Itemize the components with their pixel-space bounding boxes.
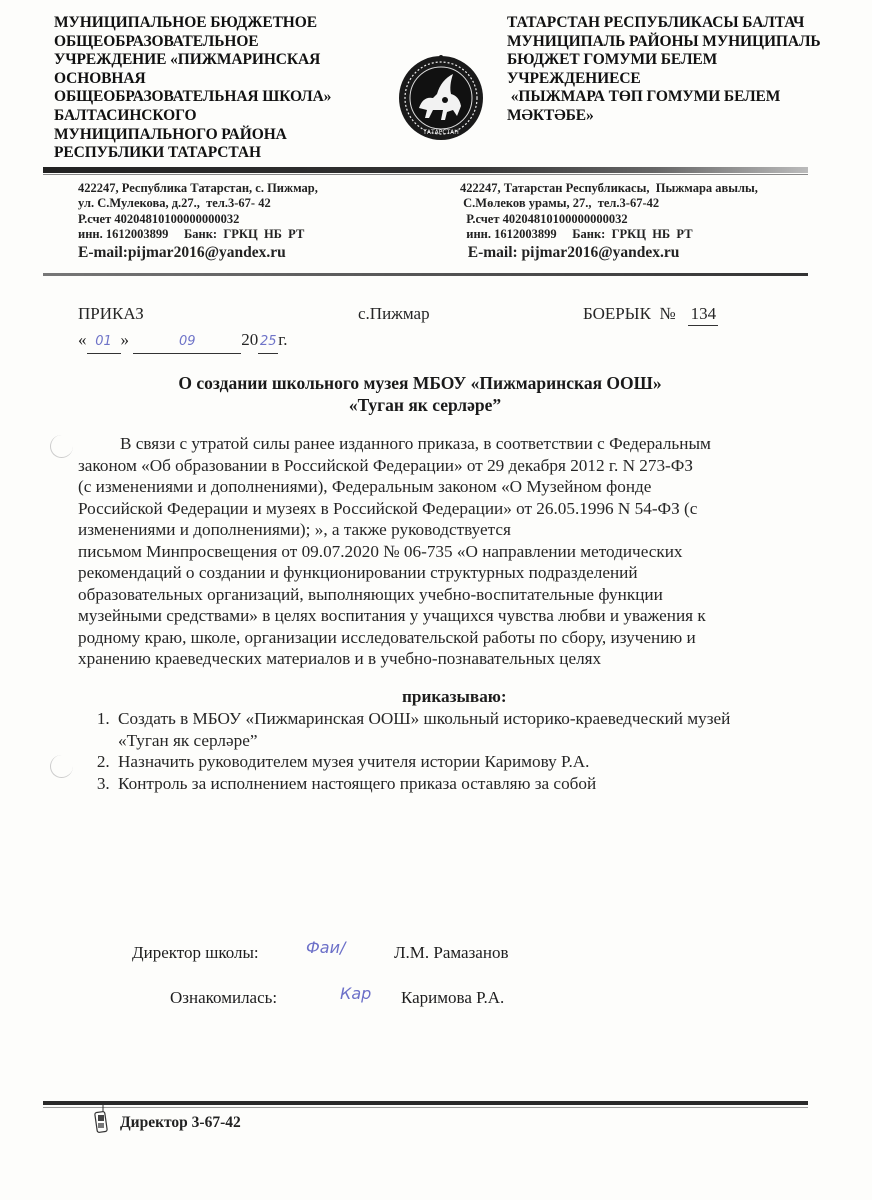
decree-item: Контроль за исполнением настоящего прика… — [114, 773, 774, 795]
preamble: В связи с утратой силы ранее изданного п… — [78, 433, 823, 670]
title-line-2: «Туган як серләре” — [60, 394, 780, 416]
preamble-line: образовательных организаций, выполняющих… — [78, 584, 823, 606]
header-line: «ПЫЖМАРА ТӨП ГОМУМИ БЕЛЕМ — [507, 88, 867, 107]
header-line: РЕСПУБЛИКИ ТАТАРСТАН — [54, 144, 374, 163]
decree-items: Создать в МБОУ «Пижмаринская ООШ» школьн… — [78, 708, 774, 794]
header-line: УЧРЕЖДЕНИЕСЕ — [507, 70, 867, 89]
tatarstan-emblem-icon: ТАТАРСТАН — [397, 50, 485, 144]
signature-role-director: Директор школы: — [132, 943, 259, 963]
address-line: Р.счет 40204810100000000032 — [460, 212, 840, 227]
phone-icon — [94, 1104, 108, 1134]
quote-close: » — [121, 330, 130, 349]
order-type-ru: ПРИКАЗ — [78, 303, 144, 325]
number-sign: № — [659, 304, 675, 323]
year-unit: г. — [278, 330, 287, 349]
footer-phone: Директор 3-67-42 — [120, 1114, 241, 1132]
signature-acknowledged: Кар — [340, 984, 371, 1003]
address-line: С.Мөлеков урамы, 27., тел.3-67-42 — [460, 196, 840, 211]
svg-text:ТАТАРСТАН: ТАТАРСТАН — [422, 129, 459, 136]
order-number-block: БОЕРЫК № 134 — [583, 303, 718, 326]
preamble-line: Российской Федерации и музеях в Российск… — [78, 498, 823, 520]
footer-divider — [43, 1101, 808, 1105]
order-date: «01» 092025г. — [78, 329, 288, 354]
address-block-tt: 422247, Татарстан Республикасы, Пыжмара … — [460, 181, 840, 263]
signature-director: Фаи/ — [306, 938, 345, 957]
header-line: МУНИЦИПАЛЬНОЕ БЮДЖЕТНОЕ — [54, 14, 374, 33]
year-prefix: 20 — [241, 330, 258, 349]
header-line: МӘКТӘБЕ» — [507, 107, 867, 126]
address-line: 422247, Республика Татарстан, с. Пижмар, — [78, 181, 438, 196]
header-line: МУНИЦИПАЛЬНОГО РАЙОНА — [54, 126, 374, 145]
title-line-1: О создании школьного музея МБОУ «Пижмари… — [60, 372, 780, 394]
header-org-name-ru: МУНИЦИПАЛЬНОЕ БЮДЖЕТНОЕ ОБЩЕОБРАЗОВАТЕЛЬ… — [54, 14, 374, 163]
date-month: 09 — [133, 331, 241, 354]
address-line: инн. 1612003899 Банк: ГРКЦ НБ РТ — [78, 227, 438, 242]
email-link[interactable]: E-mail:pijmar2016@yandex.ru — [78, 243, 438, 263]
document-title: О создании школьного музея МБОУ «Пижмари… — [60, 372, 780, 416]
signature-name-acknowledged: Каримова Р.А. — [401, 988, 504, 1008]
header-line: БЮДЖЕТ ГОМУМИ БЕЛЕМ — [507, 51, 867, 70]
header-divider-thin — [43, 174, 808, 175]
order-place: с.Пижмар — [358, 303, 430, 325]
preamble-line: (с изменениями и дополнениями), Федераль… — [78, 476, 823, 498]
punch-hole-mark — [50, 755, 73, 778]
preamble-line: музейными средствами» в целях воспитания… — [78, 605, 823, 627]
header-org-name-tt: ТАТАРСТАН РЕСПУБЛИКАСЫ БАЛТАЧ МУНИЦИПАЛЬ… — [507, 14, 867, 126]
quote-open: « — [78, 330, 87, 349]
preamble-line: изменениями и дополнениями); », а также … — [78, 519, 823, 541]
header-line: УЧРЕЖДЕНИЕ «ПИЖМАРИНСКАЯ — [54, 51, 374, 70]
address-divider — [43, 273, 808, 276]
preamble-line: В связи с утратой силы ранее изданного п… — [78, 433, 823, 455]
header-line: ОБЩЕОБРАЗОВАТЕЛЬНОЕ — [54, 33, 374, 52]
signature-name-director: Л.М. Рамазанов — [394, 943, 508, 963]
header-line: МУНИЦИПАЛЬ РАЙОНЫ МУНИЦИПАЛЬ — [507, 33, 867, 52]
header-line: ТАТАРСТАН РЕСПУБЛИКАСЫ БАЛТАЧ — [507, 14, 867, 33]
preamble-line: родному краю, школе, организации исследо… — [78, 627, 823, 649]
footer-divider-thin — [43, 1107, 808, 1108]
address-line: инн. 1612003899 Банк: ГРКЦ НБ РТ — [460, 227, 840, 242]
address-line: 422247, Татарстан Республикасы, Пыжмара … — [460, 181, 840, 196]
signature-role-acknowledged: Ознакомилась: — [170, 988, 277, 1008]
address-block-ru: 422247, Республика Татарстан, с. Пижмар,… — [78, 181, 438, 263]
decree-item: Назначить руководителем музея учителя ис… — [114, 751, 774, 773]
header-line: БАЛТАСИНСКОГО — [54, 107, 374, 126]
date-year: 25 — [258, 331, 278, 354]
preamble-line: законом «Об образовании в Российской Фед… — [78, 455, 823, 477]
decree-item: Создать в МБОУ «Пижмаринская ООШ» школьн… — [114, 708, 774, 751]
address-line: Р.счет 40204810100000000032 — [78, 212, 438, 227]
header-line: ОСНОВНАЯ — [54, 70, 374, 89]
date-day: 01 — [87, 331, 121, 354]
address-line: ул. С.Мулекова, д.27., тел.3-67- 42 — [78, 196, 438, 211]
order-number: 134 — [688, 303, 718, 326]
decree-word: приказываю: — [402, 687, 507, 707]
preamble-line: рекомендаций о создании и функционирован… — [78, 562, 823, 584]
punch-hole-mark — [50, 435, 73, 458]
preamble-line: хранению краеведческих материалов и в уч… — [78, 648, 823, 670]
preamble-line: письмом Минпросвещения от 09.07.2020 № 0… — [78, 541, 823, 563]
email-link[interactable]: E-mail: pijmar2016@yandex.ru — [460, 243, 840, 263]
order-type-tt: БОЕРЫК — [583, 304, 651, 323]
header-divider — [43, 167, 808, 173]
header-line: ОБЩЕОБРАЗОВАТЕЛЬНАЯ ШКОЛА» — [54, 88, 374, 107]
